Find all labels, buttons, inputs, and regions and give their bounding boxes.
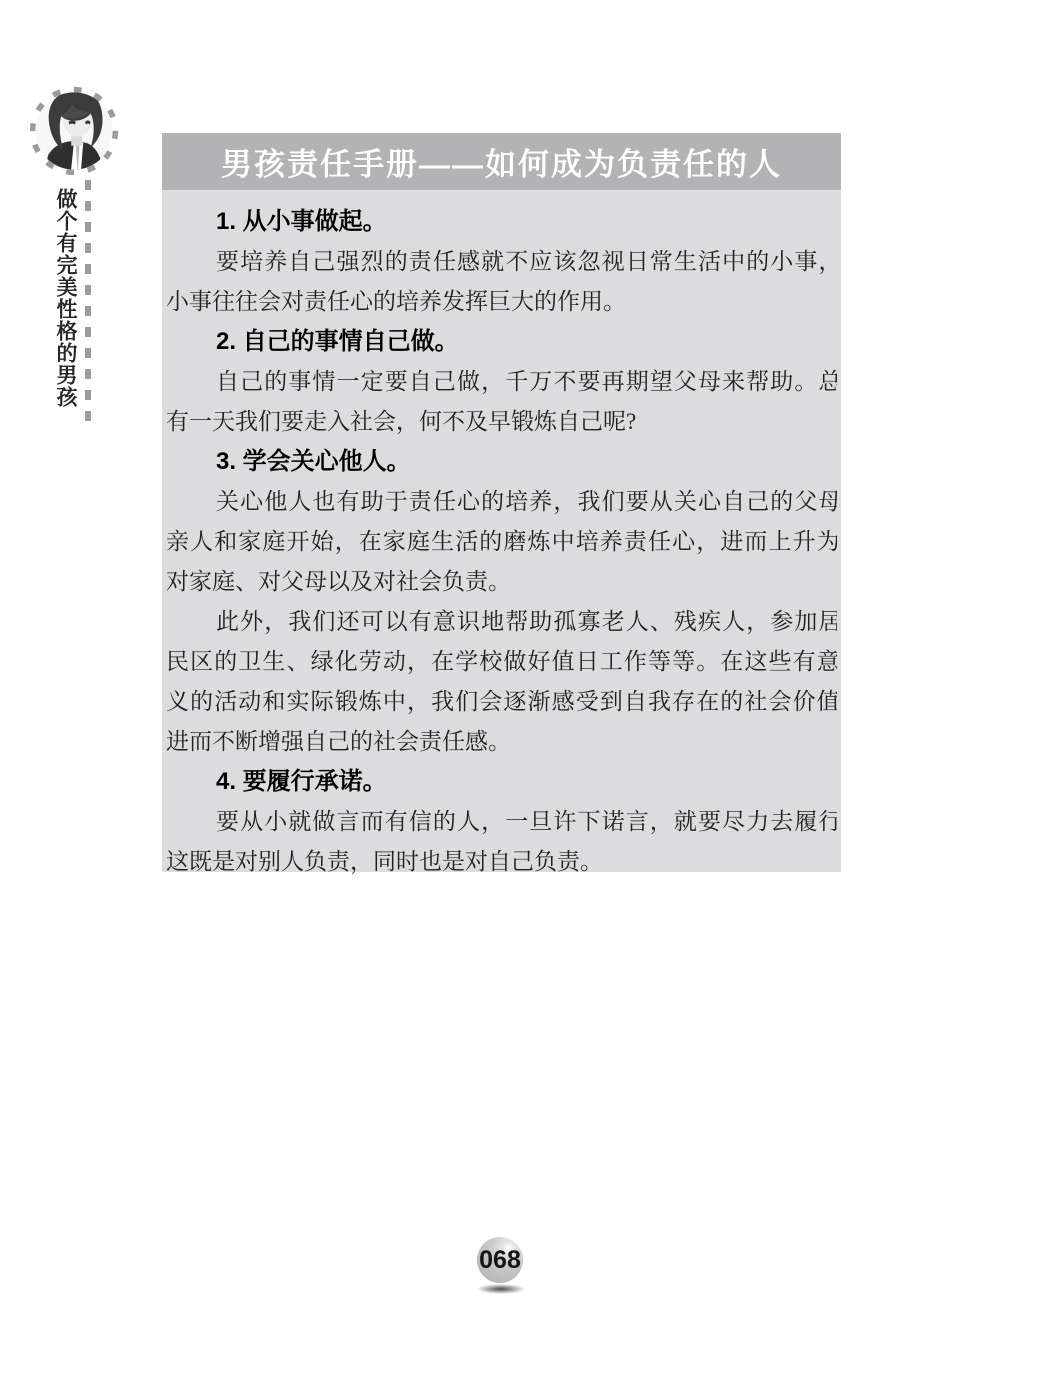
boy-portrait-illustration — [28, 85, 120, 177]
paragraph-line: 民区的卫生、绿化劳动，在学校做好值日工作等等。在这些有意 — [166, 642, 837, 682]
paragraph-line: 关心他人也有助于责任心的培养，我们要从关心自己的父母、 — [166, 482, 837, 522]
paragraph-line: 自己的事情一定要自己做，千万不要再期望父母来帮助。总 — [166, 362, 837, 402]
content-panel: 男孩责任手册——如何成为负责任的人 1. 从小事做起。 要培养自己强烈的责任感就… — [162, 133, 841, 872]
page-number: 068 — [479, 1246, 521, 1275]
body-text: 1. 从小事做起。 要培养自己强烈的责任感就不应该忽视日常生活中的小事， 小事往… — [162, 190, 841, 882]
list-item-heading: 4. 要履行承诺。 — [166, 762, 837, 802]
paragraph-line: 小事往往会对责任心的培养发挥巨大的作用。 — [166, 282, 837, 322]
vertical-dashed-line — [85, 180, 91, 428]
paragraph-line: 亲人和家庭开始，在家庭生活的磨炼中培养责任心，进而上升为 — [166, 522, 837, 562]
paragraph-line: 这既是对别人负责，同时也是对自己负责。 — [166, 842, 837, 882]
avatar-frame — [28, 82, 120, 180]
paragraph-line: 此外，我们还可以有意识地帮助孤寡老人、残疾人，参加居 — [166, 602, 837, 642]
paragraph-line: 要培养自己强烈的责任感就不应该忽视日常生活中的小事， — [166, 242, 837, 282]
paragraph-line: 义的活动和实际锻炼中，我们会逐渐感受到自我存在的社会价值， — [166, 682, 837, 722]
list-item-heading: 2. 自己的事情自己做。 — [166, 322, 837, 362]
list-item-heading: 1. 从小事做起。 — [166, 202, 837, 242]
section-banner: 男孩责任手册——如何成为负责任的人 — [162, 133, 841, 190]
book-page: { "sidebar": { "vertical_title": "做个有完美性… — [0, 0, 1038, 1388]
paragraph-line: 进而不断增强自己的社会责任感。 — [166, 722, 837, 762]
paragraph-line: 对家庭、对父母以及对社会负责。 — [166, 562, 837, 602]
list-item-heading: 3. 学会关心他人。 — [166, 442, 837, 482]
book-title-vertical: 做个有完美性格的男孩 — [51, 188, 81, 418]
page-number-shadow — [477, 1284, 525, 1294]
paragraph-line: 要从小就做言而有信的人，一旦许下诺言，就要尽力去履行。 — [166, 802, 837, 842]
section-banner-title: 男孩责任手册——如何成为负责任的人 — [221, 139, 782, 184]
page-number-badge: 068 — [477, 1237, 523, 1283]
paragraph-line: 有一天我们要走入社会，何不及早锻炼自己呢? — [166, 402, 837, 442]
boy-portrait-icon — [28, 82, 120, 180]
